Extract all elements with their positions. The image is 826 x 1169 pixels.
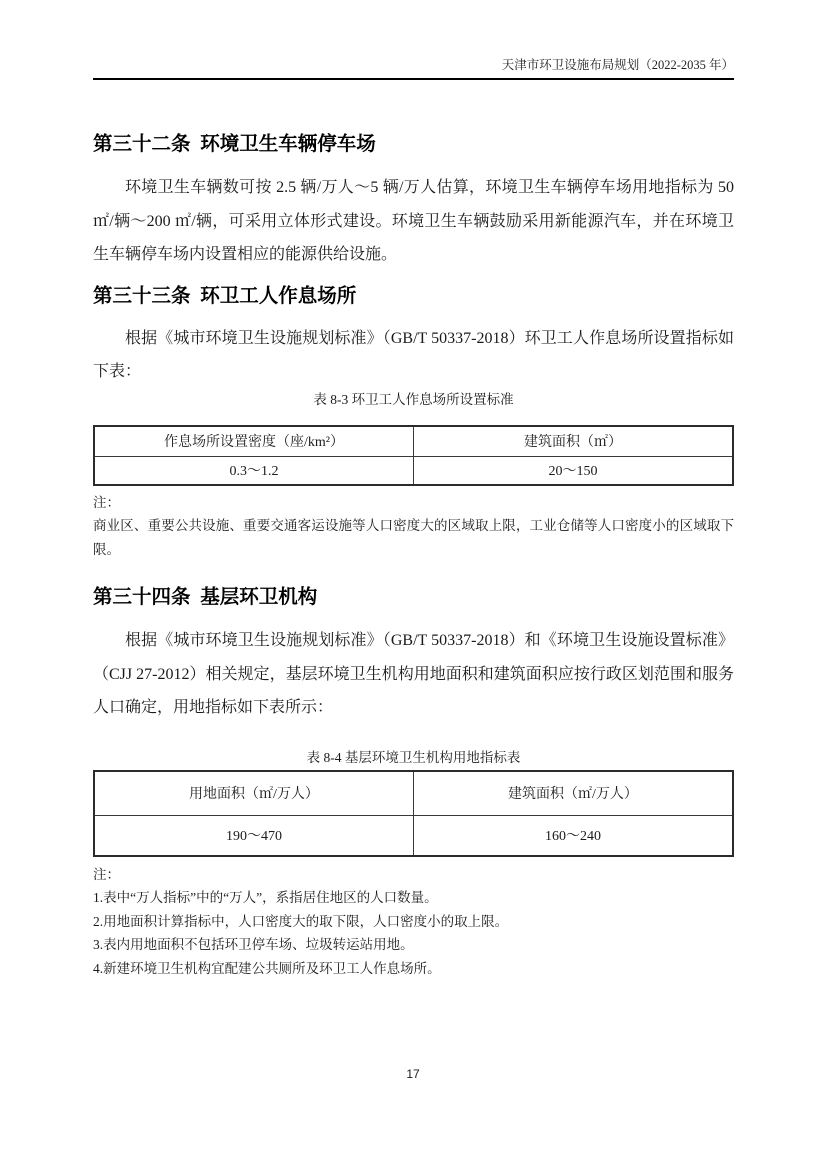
table-8-3-header-density: 作息场所设置密度（座/km²） — [94, 426, 414, 457]
table-8-4-header-land-area: 用地面积（㎡/万人） — [94, 771, 414, 816]
page-number: 17 — [0, 1066, 826, 1082]
table-8-3-caption: 表 8-3 环卫工人作息场所设置标准 — [93, 391, 734, 409]
table-8-4-note-2: 2.用地面积计算指标中，人口密度大的取下限，人口密度小的取上限。 — [93, 910, 734, 934]
table-8-3-notes: 注： 商业区、重要公共设施、重要交通客运设施等人口密度大的区域取上限，工业仓储等… — [93, 491, 734, 562]
table-8-4-note-1: 1.表中“万人指标”中的“万人”，系指居住地区的人口数量。 — [93, 886, 734, 910]
note-label: 注： — [93, 491, 734, 515]
heading-article-33: 第三十三条 环卫工人作息场所 — [93, 283, 734, 310]
table-8-3: 作息场所设置密度（座/km²） 建筑面积（㎡） 0.3～1.2 20～150 — [93, 425, 734, 486]
table-8-4-note-3: 3.表内用地面积不包括环卫停车场、垃圾转运站用地。 — [93, 933, 734, 957]
page-content: 天津市环卫设施布局规划（2022-2035 年） 第三十二条 环境卫生车辆停车场… — [0, 0, 826, 980]
table-8-3-header-building-area: 建筑面积（㎡） — [414, 426, 734, 457]
table-8-3-note-text: 商业区、重要公共设施、重要交通客运设施等人口密度大的区域取上限，工业仓储等人口密… — [93, 514, 734, 561]
document-page: 天津市环卫设施布局规划（2022-2035 年） 第三十二条 环境卫生车辆停车场… — [0, 0, 826, 1169]
table-8-4-header-building-area: 建筑面积（㎡/万人） — [414, 771, 734, 816]
table-8-4-header-row: 用地面积（㎡/万人） 建筑面积（㎡/万人） — [94, 771, 733, 816]
paragraph-article-34: 根据《城市环境卫生设施规划标准》（GB/T 50337-2018）和《环境卫生设… — [93, 624, 734, 725]
heading-article-32: 第三十二条 环境卫生车辆停车场 — [93, 131, 734, 158]
header-title: 天津市环卫设施布局规划（2022-2035 年） — [502, 58, 734, 72]
table-row: 190～470 160～240 — [94, 815, 733, 856]
table-8-3-cell-density: 0.3～1.2 — [94, 456, 414, 485]
paragraph-article-33: 根据《城市环境卫生设施规划标准》（GB/T 50337-2018）环卫工人作息场… — [93, 322, 734, 389]
table-8-3-cell-building-area: 20～150 — [414, 456, 734, 485]
heading-article-34: 第三十四条 基层环卫机构 — [93, 584, 734, 611]
page-header: 天津市环卫设施布局规划（2022-2035 年） — [93, 0, 734, 80]
paragraph-article-32: 环境卫生车辆数可按 2.5 辆/万人～5 辆/万人估算，环境卫生车辆停车场用地指… — [93, 171, 734, 272]
note-label: 注： — [93, 863, 734, 887]
table-row: 0.3～1.2 20～150 — [94, 456, 733, 485]
table-8-4-notes: 注： 1.表中“万人指标”中的“万人”，系指居住地区的人口数量。 2.用地面积计… — [93, 863, 734, 981]
table-8-4-caption: 表 8-4 基层环境卫生机构用地指标表 — [93, 749, 734, 767]
table-8-4-note-4: 4.新建环境卫生机构宜配建公共厕所及环卫工人作息场所。 — [93, 957, 734, 981]
table-8-4-cell-land-area: 190～470 — [94, 815, 414, 856]
table-8-4-cell-building-area: 160～240 — [414, 815, 734, 856]
table-8-3-header-row: 作息场所设置密度（座/km²） 建筑面积（㎡） — [94, 426, 733, 457]
table-8-4: 用地面积（㎡/万人） 建筑面积（㎡/万人） 190～470 160～240 — [93, 770, 734, 857]
